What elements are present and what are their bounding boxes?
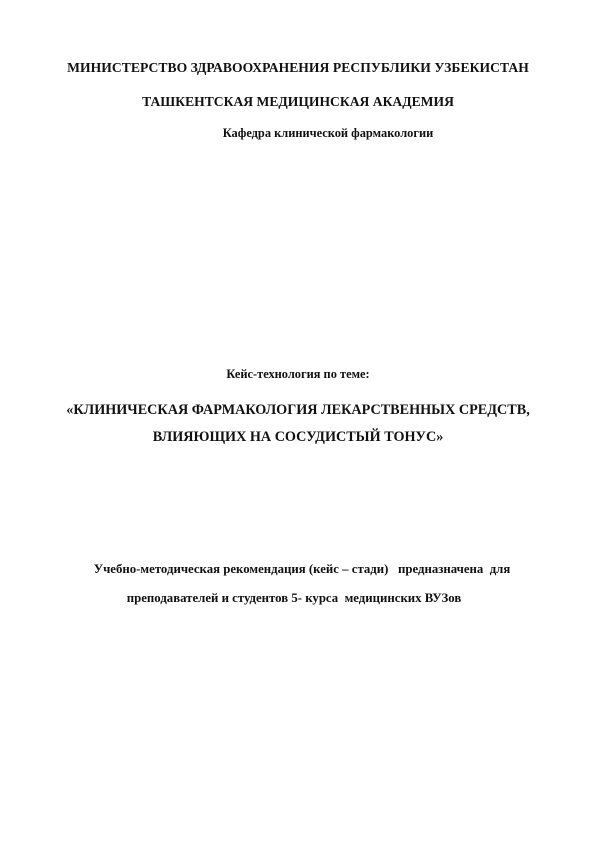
ministry-heading: МИНИСТЕРСТВО ЗДРАВООХРАНЕНИЯ РЕСПУБЛИКИ … [0, 61, 596, 75]
academy-heading: ТАШКЕНТСКАЯ МЕДИЦИНСКАЯ АКАДЕМИЯ [0, 95, 596, 109]
description-line-1: Учебно-методическая рекомендация (кейс –… [4, 563, 596, 576]
department-heading: Кафедра клинической фармакологии [30, 127, 596, 139]
description-line-2: преподавателей и студентов 5- курса меди… [0, 592, 592, 605]
case-intro-text: Кейс-технология по теме: [0, 368, 596, 380]
document-title-line-1: «КЛИНИЧЕСКАЯ ФАРМАКОЛОГИЯ ЛЕКАРСТВЕННЫХ … [0, 403, 596, 417]
document-title-line-2: ВЛИЯЮЩИХ НА СОСУДИСТЫЙ ТОНУС» [0, 430, 596, 444]
